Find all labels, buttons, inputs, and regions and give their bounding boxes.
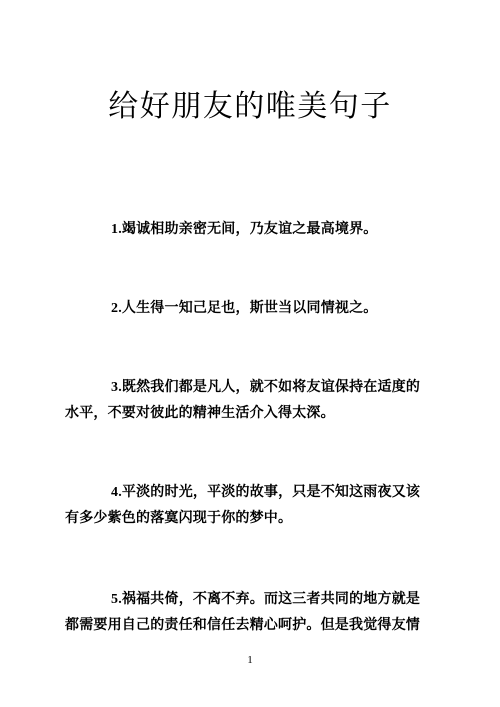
paragraph-1-line-1: 1.竭诚相助亲密无间，乃友谊之最高境界。 [65,217,442,243]
paragraph-4-line-2: 有多少紫色的落寞闪现于你的梦中。 [65,506,442,532]
paragraph-5-line-1: 5.祸福共倚，不离不弃。而这三者共同的地方就是 [65,587,442,613]
paragraph-1: 1.竭诚相助亲密无间，乃友谊之最高境界。 [0,217,500,243]
paragraph-3-line-1: 3.既然我们都是凡人，就不如将友谊保持在适度的 [65,375,442,401]
paragraph-2-line-1: 2.人生得一知己足也，斯世当以同情视之。 [65,296,442,322]
paragraph-3: 3.既然我们都是凡人，就不如将友谊保持在适度的 水平，不要对彼此的精神生活介入得… [0,375,500,427]
paragraph-4: 4.平淡的时光，平淡的故事，只是不知这雨夜又该 有多少紫色的落寞闪现于你的梦中。 [0,480,500,532]
paragraph-4-line-1: 4.平淡的时光，平淡的故事，只是不知这雨夜又该 [65,480,442,506]
paragraph-5: 5.祸福共倚，不离不弃。而这三者共同的地方就是 都需要用自己的责任和信任去精心呵… [0,587,500,639]
paragraph-5-line-2: 都需要用自己的责任和信任去精心呵护。但是我觉得友情 [65,613,442,639]
paragraph-3-line-2: 水平，不要对彼此的精神生活介入得太深。 [65,401,442,427]
paragraph-2: 2.人生得一知己足也，斯世当以同情视之。 [0,296,500,322]
document-page: 给好朋友的唯美句子 1.竭诚相助亲密无间，乃友谊之最高境界。 2.人生得一知己足… [0,0,500,707]
document-title: 给好朋友的唯美句子 [0,88,500,126]
page-number: 1 [0,653,500,668]
